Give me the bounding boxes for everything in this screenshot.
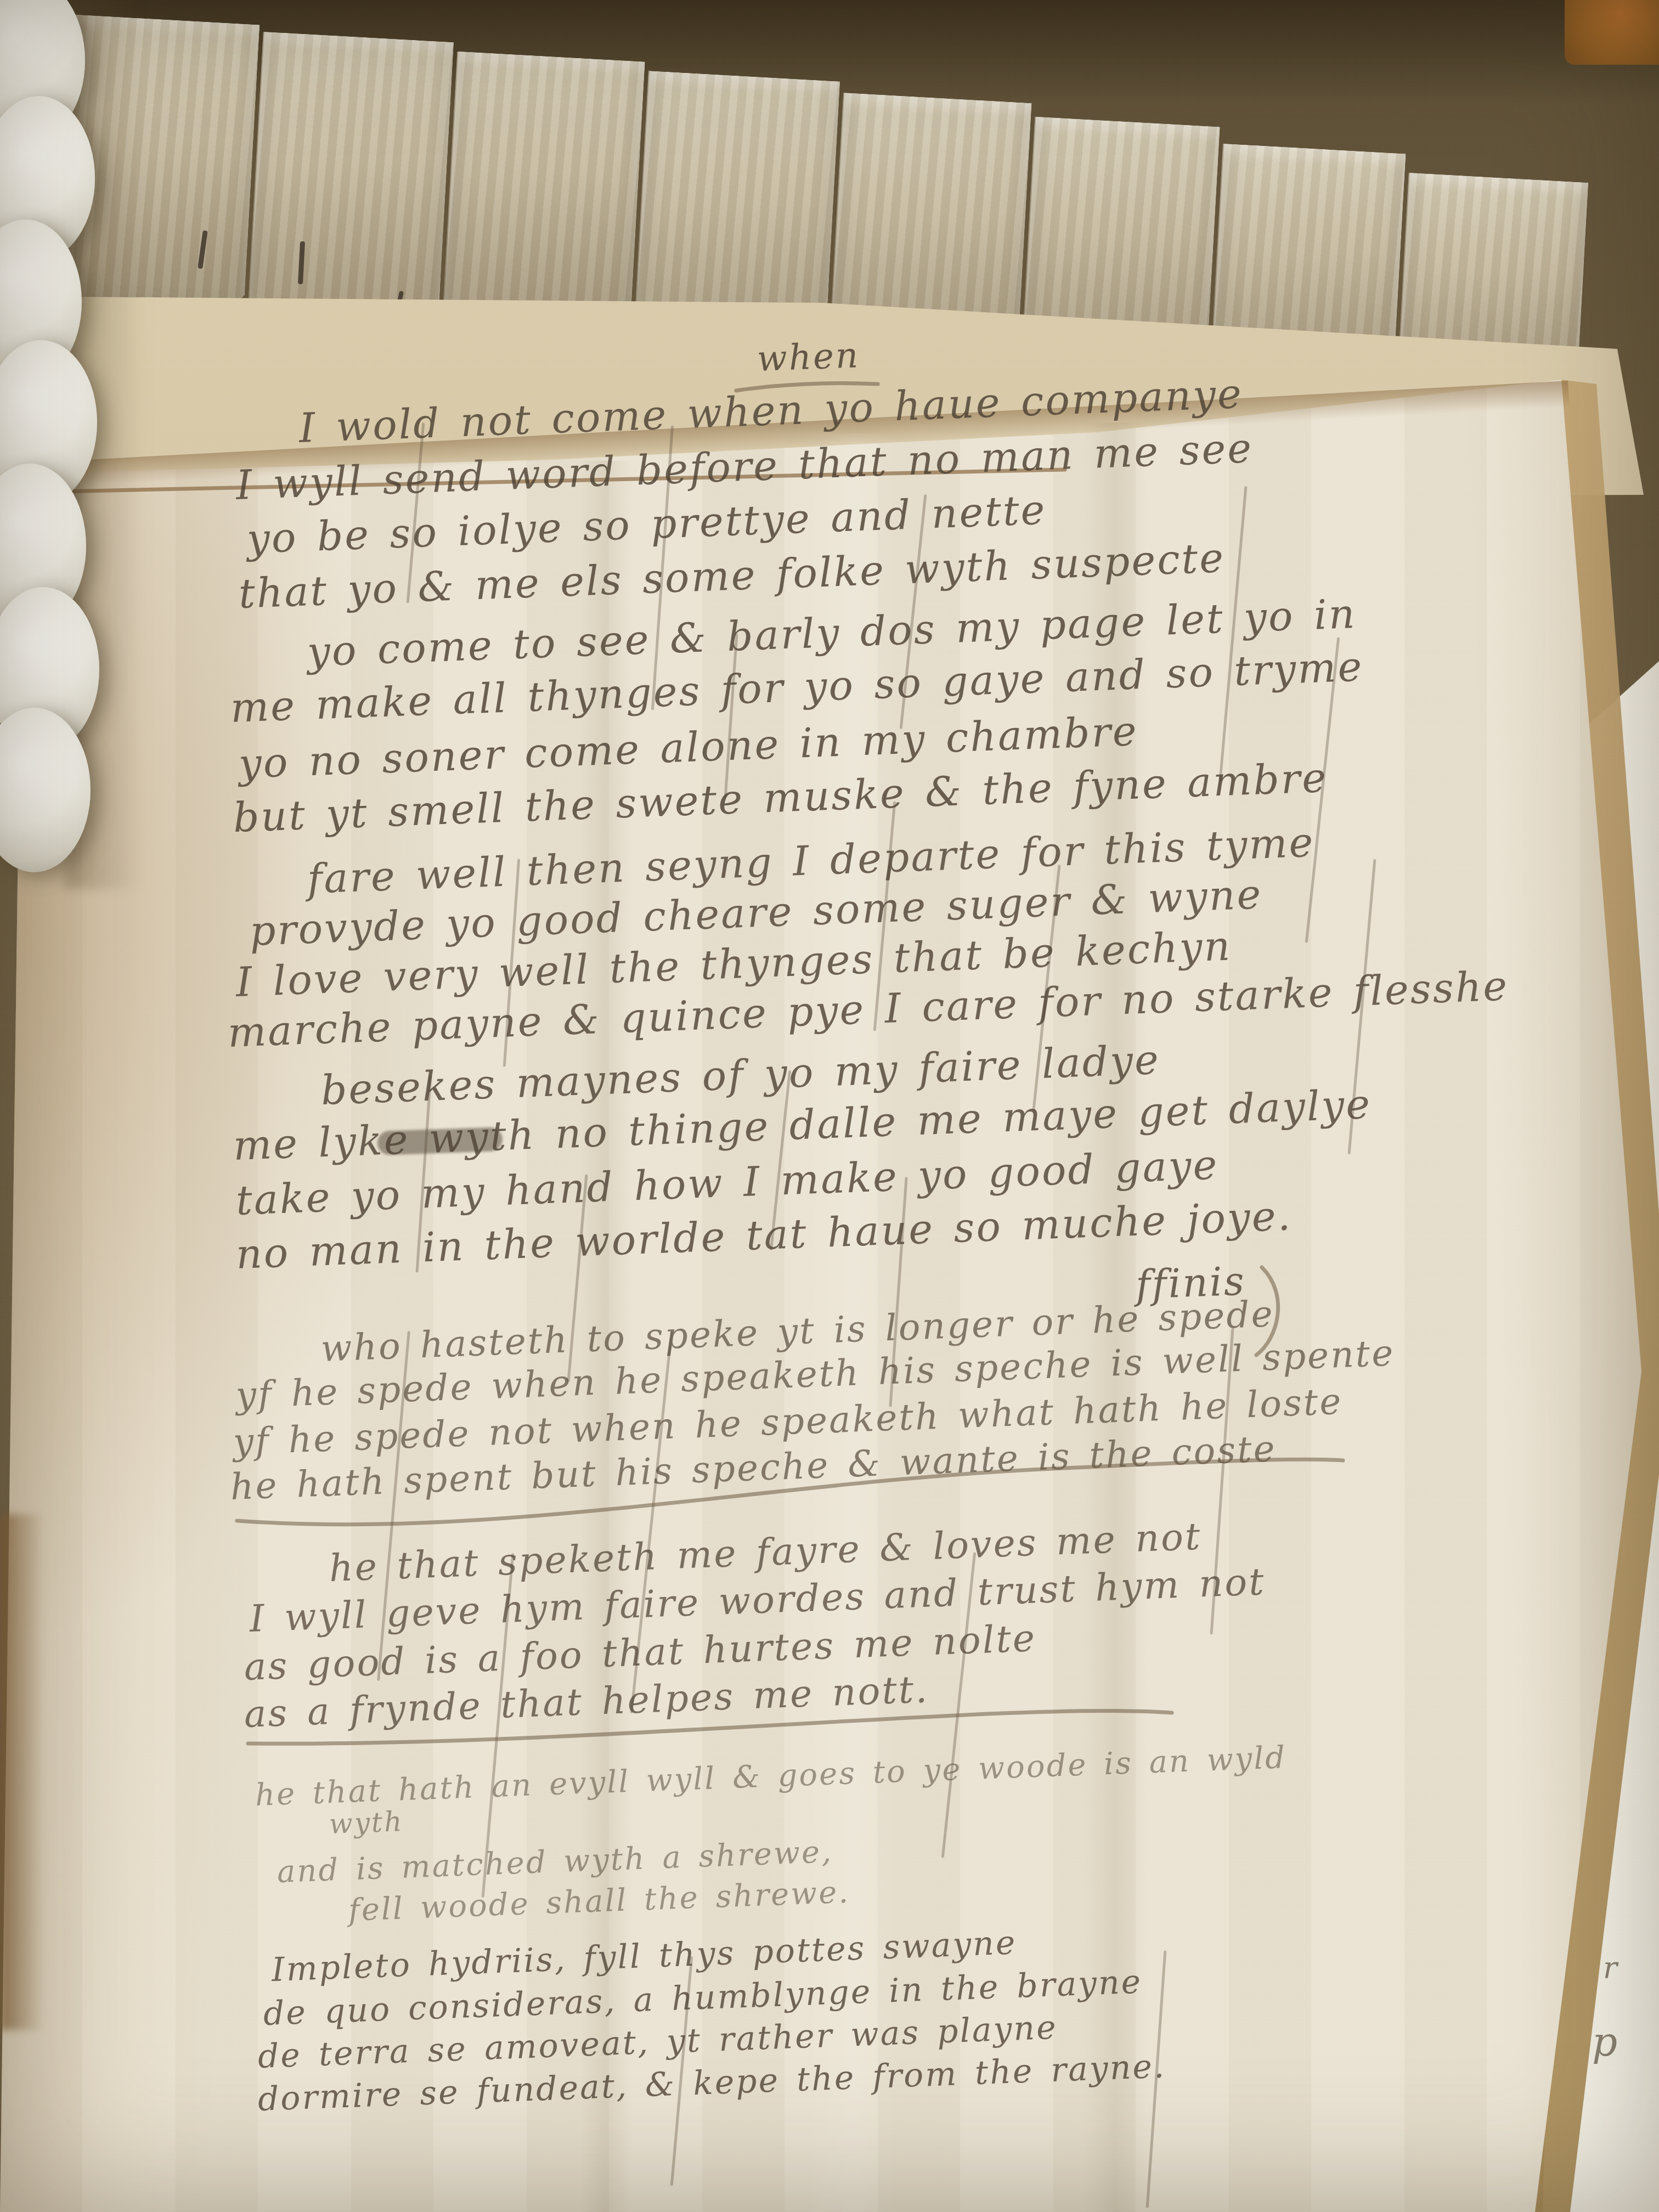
manuscript-photo: r p when ffinis wyth I wold not come whe… [0, 0, 1659, 2212]
interlinear-insertion: wyth [329, 1805, 404, 1840]
cloth-book-weight [0, 0, 99, 900]
struck-through-word [377, 1127, 503, 1155]
proverbShrew-line-1: he that hath an evyll wyll & goes to ye … [255, 1740, 1287, 1813]
interlinear-insertion: when [757, 335, 861, 380]
handwritten-text-layer: when ffinis wyth I wold not come when yo… [0, 0, 1659, 2212]
